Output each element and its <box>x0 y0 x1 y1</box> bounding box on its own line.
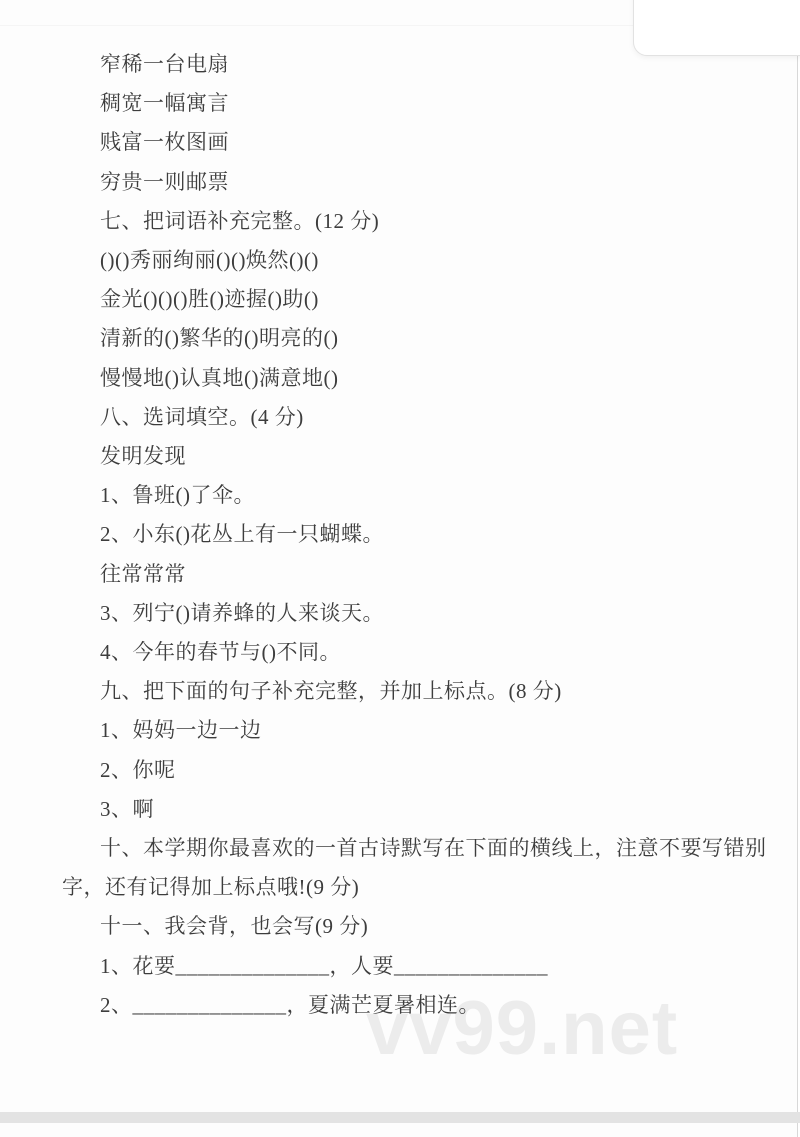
document-line: 穷贵一则邮票 <box>62 163 772 202</box>
document-line: 金光()()()胜()迹握()助() <box>62 280 772 319</box>
document-line: 慢慢地()认真地()满意地() <box>62 359 772 398</box>
document-content: 窄稀一台电扇 稠宽一幅寓言 贱富一枚图画 穷贵一则邮票 七、把词语补充完整。(1… <box>62 45 772 1025</box>
document-line: 清新的()繁华的()明亮的() <box>62 319 772 358</box>
next-page <box>0 1123 798 1137</box>
document-line: ()()秀丽绚丽()()焕然()() <box>62 241 772 280</box>
document-line: 1、妈妈一边一边 <box>62 711 772 750</box>
document-line: 2、______________，夏满芒夏暑相连。 <box>62 986 772 1025</box>
document-viewer: vv99.net 窄稀一台电扇 稠宽一幅寓言 贱富一枚图画 穷贵一则邮票 七、把… <box>0 0 800 1137</box>
document-line: 1、鲁班()了伞。 <box>62 476 772 515</box>
document-line: 发明发现 <box>62 437 772 476</box>
document-line: 3、啊 <box>62 790 772 829</box>
document-line: 4、今年的春节与()不同。 <box>62 633 772 672</box>
document-page: vv99.net 窄稀一台电扇 稠宽一幅寓言 贱富一枚图画 穷贵一则邮票 七、把… <box>0 0 798 1112</box>
page-separator <box>0 1112 800 1123</box>
document-line: 1、花要______________，人要______________ <box>62 947 772 986</box>
document-line: 2、小东()花丛上有一只蝴蝶。 <box>62 515 772 554</box>
section-heading: 九、把下面的句子补充完整，并加上标点。(8 分) <box>62 672 772 711</box>
section-heading: 十一、我会背，也会写(9 分) <box>62 907 772 946</box>
section-heading: 十、本学期你最喜欢的一首古诗默写在下面的横线上，注意不要写错别 <box>62 829 772 868</box>
section-heading: 八、选词填空。(4 分) <box>62 398 772 437</box>
document-line: 贱富一枚图画 <box>62 123 772 162</box>
document-line: 3、列宁()请养蜂的人来谈天。 <box>62 594 772 633</box>
document-line: 往常常常 <box>62 555 772 594</box>
document-line: 稠宽一幅寓言 <box>62 84 772 123</box>
document-line: 字，还有记得加上标点哦!(9 分) <box>62 868 772 907</box>
section-heading: 七、把词语补充完整。(12 分) <box>62 202 772 241</box>
document-line: 2、你呢 <box>62 751 772 790</box>
floating-panel[interactable] <box>633 0 800 56</box>
